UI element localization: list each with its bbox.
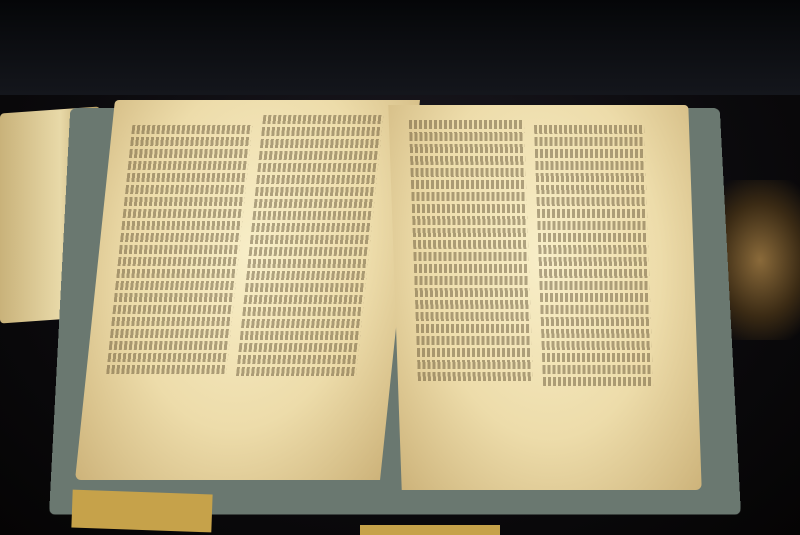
- text-column-right-1: [409, 120, 533, 384]
- display-case-top: [0, 0, 800, 95]
- exhibit-label-secondary: [360, 525, 500, 535]
- text-column-left-1: [106, 125, 252, 377]
- left-page: [75, 100, 420, 480]
- text-column-right-2: [534, 125, 653, 389]
- right-page: [388, 105, 701, 490]
- exhibit-label: [71, 490, 212, 533]
- museum-display: [0, 0, 800, 535]
- text-column-left-2: [236, 115, 384, 379]
